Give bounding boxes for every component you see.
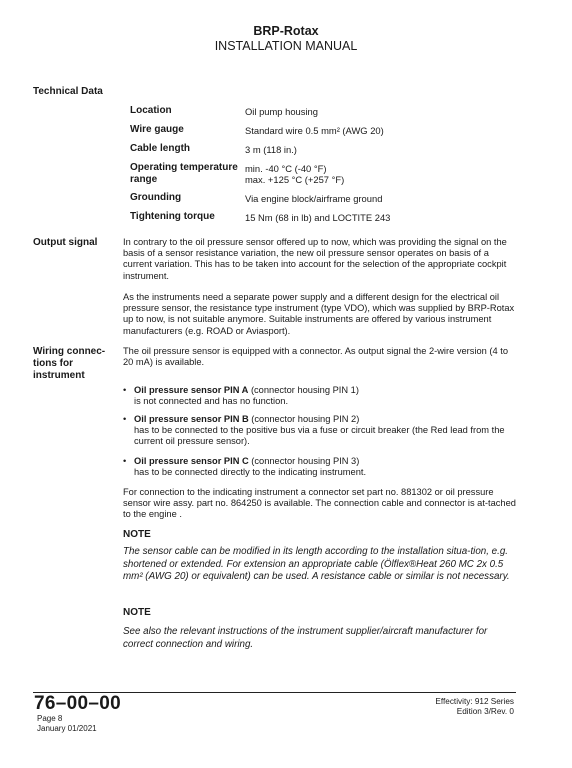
td-key-tightening-torque: Tightening torque — [130, 211, 215, 223]
td-key-operating-temperature: Operating temperature range — [130, 162, 238, 185]
td-value-location: Oil pump housing — [245, 106, 318, 117]
bullet-rest: (connector housing PIN 3) — [249, 456, 360, 466]
document-title: INSTALLATION MANUAL — [0, 39, 572, 53]
td-value-wire-gauge: Standard wire 0.5 mm² (AWG 20) — [245, 125, 384, 136]
revision-date: January 01/2021 — [37, 724, 97, 734]
td-key-location: Location — [130, 105, 172, 117]
bullet-heading: Oil pressure sensor PIN B (connector hou… — [134, 414, 518, 425]
bullet-marker: • — [123, 385, 126, 396]
connection-paragraph: For connection to the indicating instrum… — [123, 487, 518, 521]
output-signal-paragraph-2: As the instruments need a separate power… — [123, 292, 518, 337]
bullet-pin-c: Oil pressure sensor PIN C (connector hou… — [134, 456, 518, 478]
document-brand: BRP-Rotax — [0, 24, 572, 38]
td-key-line: Operating temperature — [130, 162, 238, 174]
bullet-detail: has to be connected to the positive bus … — [134, 425, 518, 447]
section-label-line: instrument — [33, 370, 105, 382]
section-label-technical-data: Technical Data — [33, 86, 103, 98]
bullet-bold: Oil pressure sensor PIN C — [134, 456, 249, 466]
chapter-code: 76–00–00 — [34, 693, 121, 715]
edition: Edition 3/Rev. 0 — [457, 707, 514, 717]
td-key-grounding: Grounding — [130, 192, 181, 204]
section-label-line: tions for — [33, 358, 105, 370]
bullet-marker: • — [123, 414, 126, 425]
note-body: See also the relevant instructions of th… — [123, 626, 518, 651]
wiring-intro: The oil pressure sensor is equipped with… — [123, 346, 518, 368]
output-signal-paragraph-1: In contrary to the oil pressure sensor o… — [123, 237, 518, 282]
bullet-rest: (connector housing PIN 2) — [249, 414, 360, 424]
td-value-operating-temperature: min. -40 °C (-40 °F) max. +125 °C (+257 … — [245, 163, 344, 185]
bullet-bold: Oil pressure sensor PIN A — [134, 385, 248, 395]
bullet-detail: has to be connected directly to the indi… — [134, 467, 518, 478]
bullet-detail: is not connected and has no function. — [134, 396, 518, 407]
effectivity: Effectivity: 912 Series — [435, 697, 514, 707]
td-value-grounding: Via engine block/airframe ground — [245, 193, 382, 204]
td-key-cable-length: Cable length — [130, 143, 190, 155]
td-value-tightening-torque: 15 Nm (68 in lb) and LOCTITE 243 — [245, 212, 390, 223]
bullet-marker: • — [123, 456, 126, 467]
td-value-line: max. +125 °C (+257 °F) — [245, 174, 344, 185]
bullet-pin-b: Oil pressure sensor PIN B (connector hou… — [134, 414, 518, 448]
bullet-heading: Oil pressure sensor PIN A (connector hou… — [134, 385, 518, 396]
bullet-pin-a: Oil pressure sensor PIN A (connector hou… — [134, 385, 518, 407]
td-key-line: range — [130, 174, 238, 186]
section-label-wiring: Wiring connec- tions for instrument — [33, 346, 105, 382]
bullet-bold: Oil pressure sensor PIN B — [134, 414, 249, 424]
section-label-line: Wiring connec- — [33, 346, 105, 358]
td-value-cable-length: 3 m (118 in.) — [245, 144, 297, 155]
td-value-line: min. -40 °C (-40 °F) — [245, 163, 344, 174]
bullet-heading: Oil pressure sensor PIN C (connector hou… — [134, 456, 518, 467]
note-body: The sensor cable can be modified in its … — [123, 546, 518, 584]
note-heading: NOTE — [123, 607, 151, 618]
bullet-rest: (connector housing PIN 1) — [248, 385, 359, 395]
section-label-output-signal: Output signal — [33, 237, 97, 249]
note-heading: NOTE — [123, 529, 151, 540]
page-number: Page 8 — [37, 714, 62, 724]
td-key-wire-gauge: Wire gauge — [130, 124, 184, 136]
